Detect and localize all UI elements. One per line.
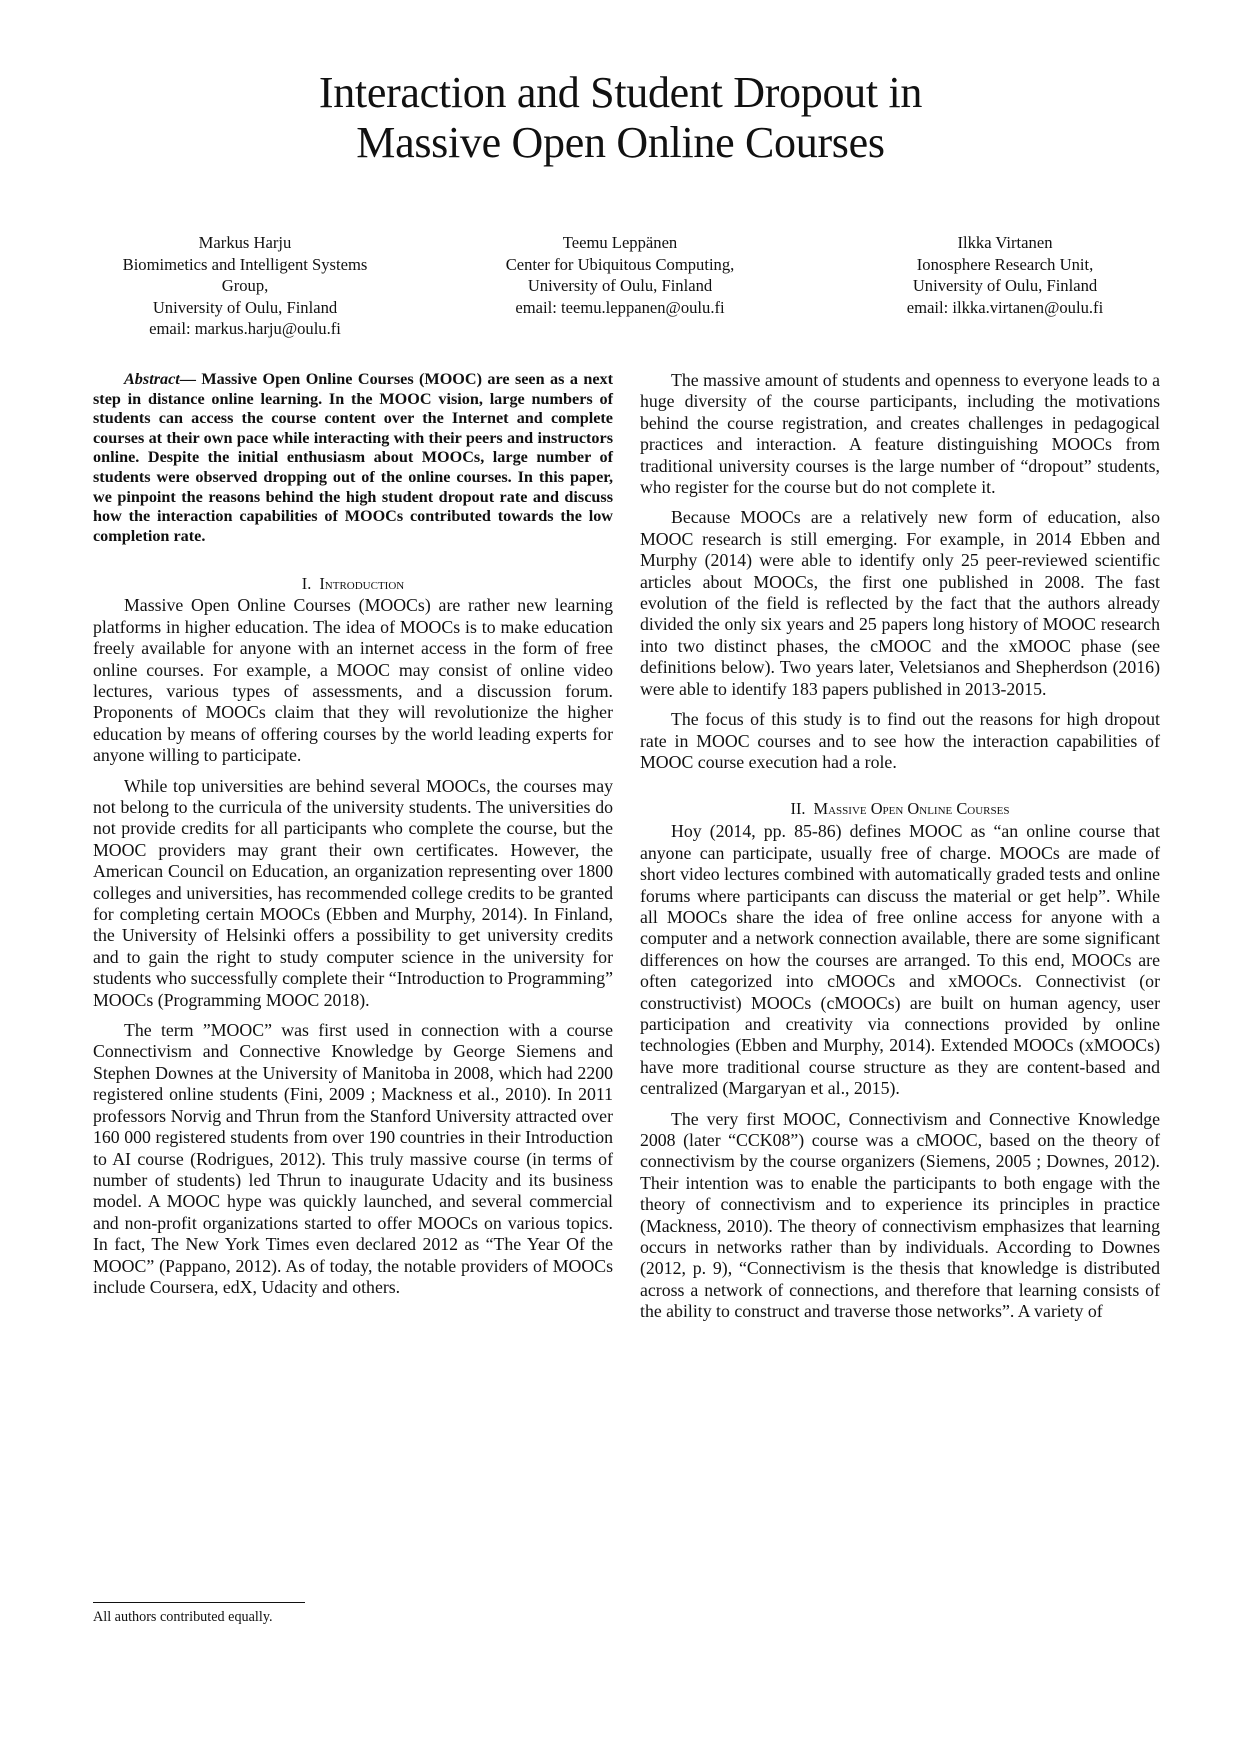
author-affiliation-cont: Group, bbox=[100, 275, 390, 297]
author-name: Teemu Leppänen bbox=[470, 232, 770, 254]
section-number: I. bbox=[302, 574, 312, 593]
right-column: The massive amount of students and openn… bbox=[640, 370, 1160, 1332]
left-column: Abstract— Massive Open Online Courses (M… bbox=[93, 370, 613, 1307]
author-affiliation: Center for Ubiquitous Computing, bbox=[470, 254, 770, 276]
footnote-text: All authors contributed equally. bbox=[93, 1609, 493, 1626]
section-heading-introduction: I.Introduction bbox=[93, 574, 613, 594]
abstract-label: Abstract bbox=[124, 370, 180, 388]
abstract: Abstract— Massive Open Online Courses (M… bbox=[93, 370, 613, 546]
abstract-dash: — bbox=[180, 370, 196, 388]
author-email: email: ilkka.virtanen@oulu.fi bbox=[860, 297, 1150, 319]
paper-title: Interaction and Student Dropout in Massi… bbox=[0, 68, 1241, 168]
author-teemu-leppanen: Teemu Leppänen Center for Ubiquitous Com… bbox=[470, 232, 770, 318]
abstract-text: Massive Open Online Courses (MOOC) are s… bbox=[93, 370, 613, 545]
title-line-1: Interaction and Student Dropout in bbox=[0, 68, 1241, 118]
section-title: Introduction bbox=[319, 574, 404, 593]
footnote: All authors contributed equally. bbox=[93, 1602, 493, 1626]
paragraph: The focus of this study is to find out t… bbox=[640, 709, 1160, 773]
section-heading-massive-open-online-courses: II.Massive Open Online Courses bbox=[640, 799, 1160, 819]
author-institution: University of Oulu, Finland bbox=[100, 297, 390, 319]
author-institution: University of Oulu, Finland bbox=[470, 275, 770, 297]
footnote-divider bbox=[93, 1602, 305, 1603]
author-markus-harju: Markus Harju Biomimetics and Intelligent… bbox=[100, 232, 390, 340]
author-affiliation: Biomimetics and Intelligent Systems bbox=[100, 254, 390, 276]
author-email: email: markus.harju@oulu.fi bbox=[100, 318, 390, 340]
author-institution: University of Oulu, Finland bbox=[860, 275, 1150, 297]
paragraph: Hoy (2014, pp. 85-86) defines MOOC as “a… bbox=[640, 821, 1160, 1099]
section-number: II. bbox=[791, 799, 806, 818]
section-title: Massive Open Online Courses bbox=[814, 799, 1010, 818]
title-line-2: Massive Open Online Courses bbox=[0, 118, 1241, 168]
author-ilkka-virtanen: Ilkka Virtanen Ionosphere Research Unit,… bbox=[860, 232, 1150, 318]
author-name: Markus Harju bbox=[100, 232, 390, 254]
paragraph: The term ”MOOC” was first used in connec… bbox=[93, 1020, 613, 1298]
paragraph: While top universities are behind severa… bbox=[93, 776, 613, 1011]
paragraph: Massive Open Online Courses (MOOCs) are … bbox=[93, 595, 613, 766]
paragraph: Because MOOCs are a relatively new form … bbox=[640, 507, 1160, 700]
author-email: email: teemu.leppanen@oulu.fi bbox=[470, 297, 770, 319]
author-block: Markus Harju Biomimetics and Intelligent… bbox=[0, 232, 1241, 352]
author-affiliation: Ionosphere Research Unit, bbox=[860, 254, 1150, 276]
paragraph: The very first MOOC, Connectivism and Co… bbox=[640, 1109, 1160, 1323]
paragraph: The massive amount of students and openn… bbox=[640, 370, 1160, 498]
author-name: Ilkka Virtanen bbox=[860, 232, 1150, 254]
